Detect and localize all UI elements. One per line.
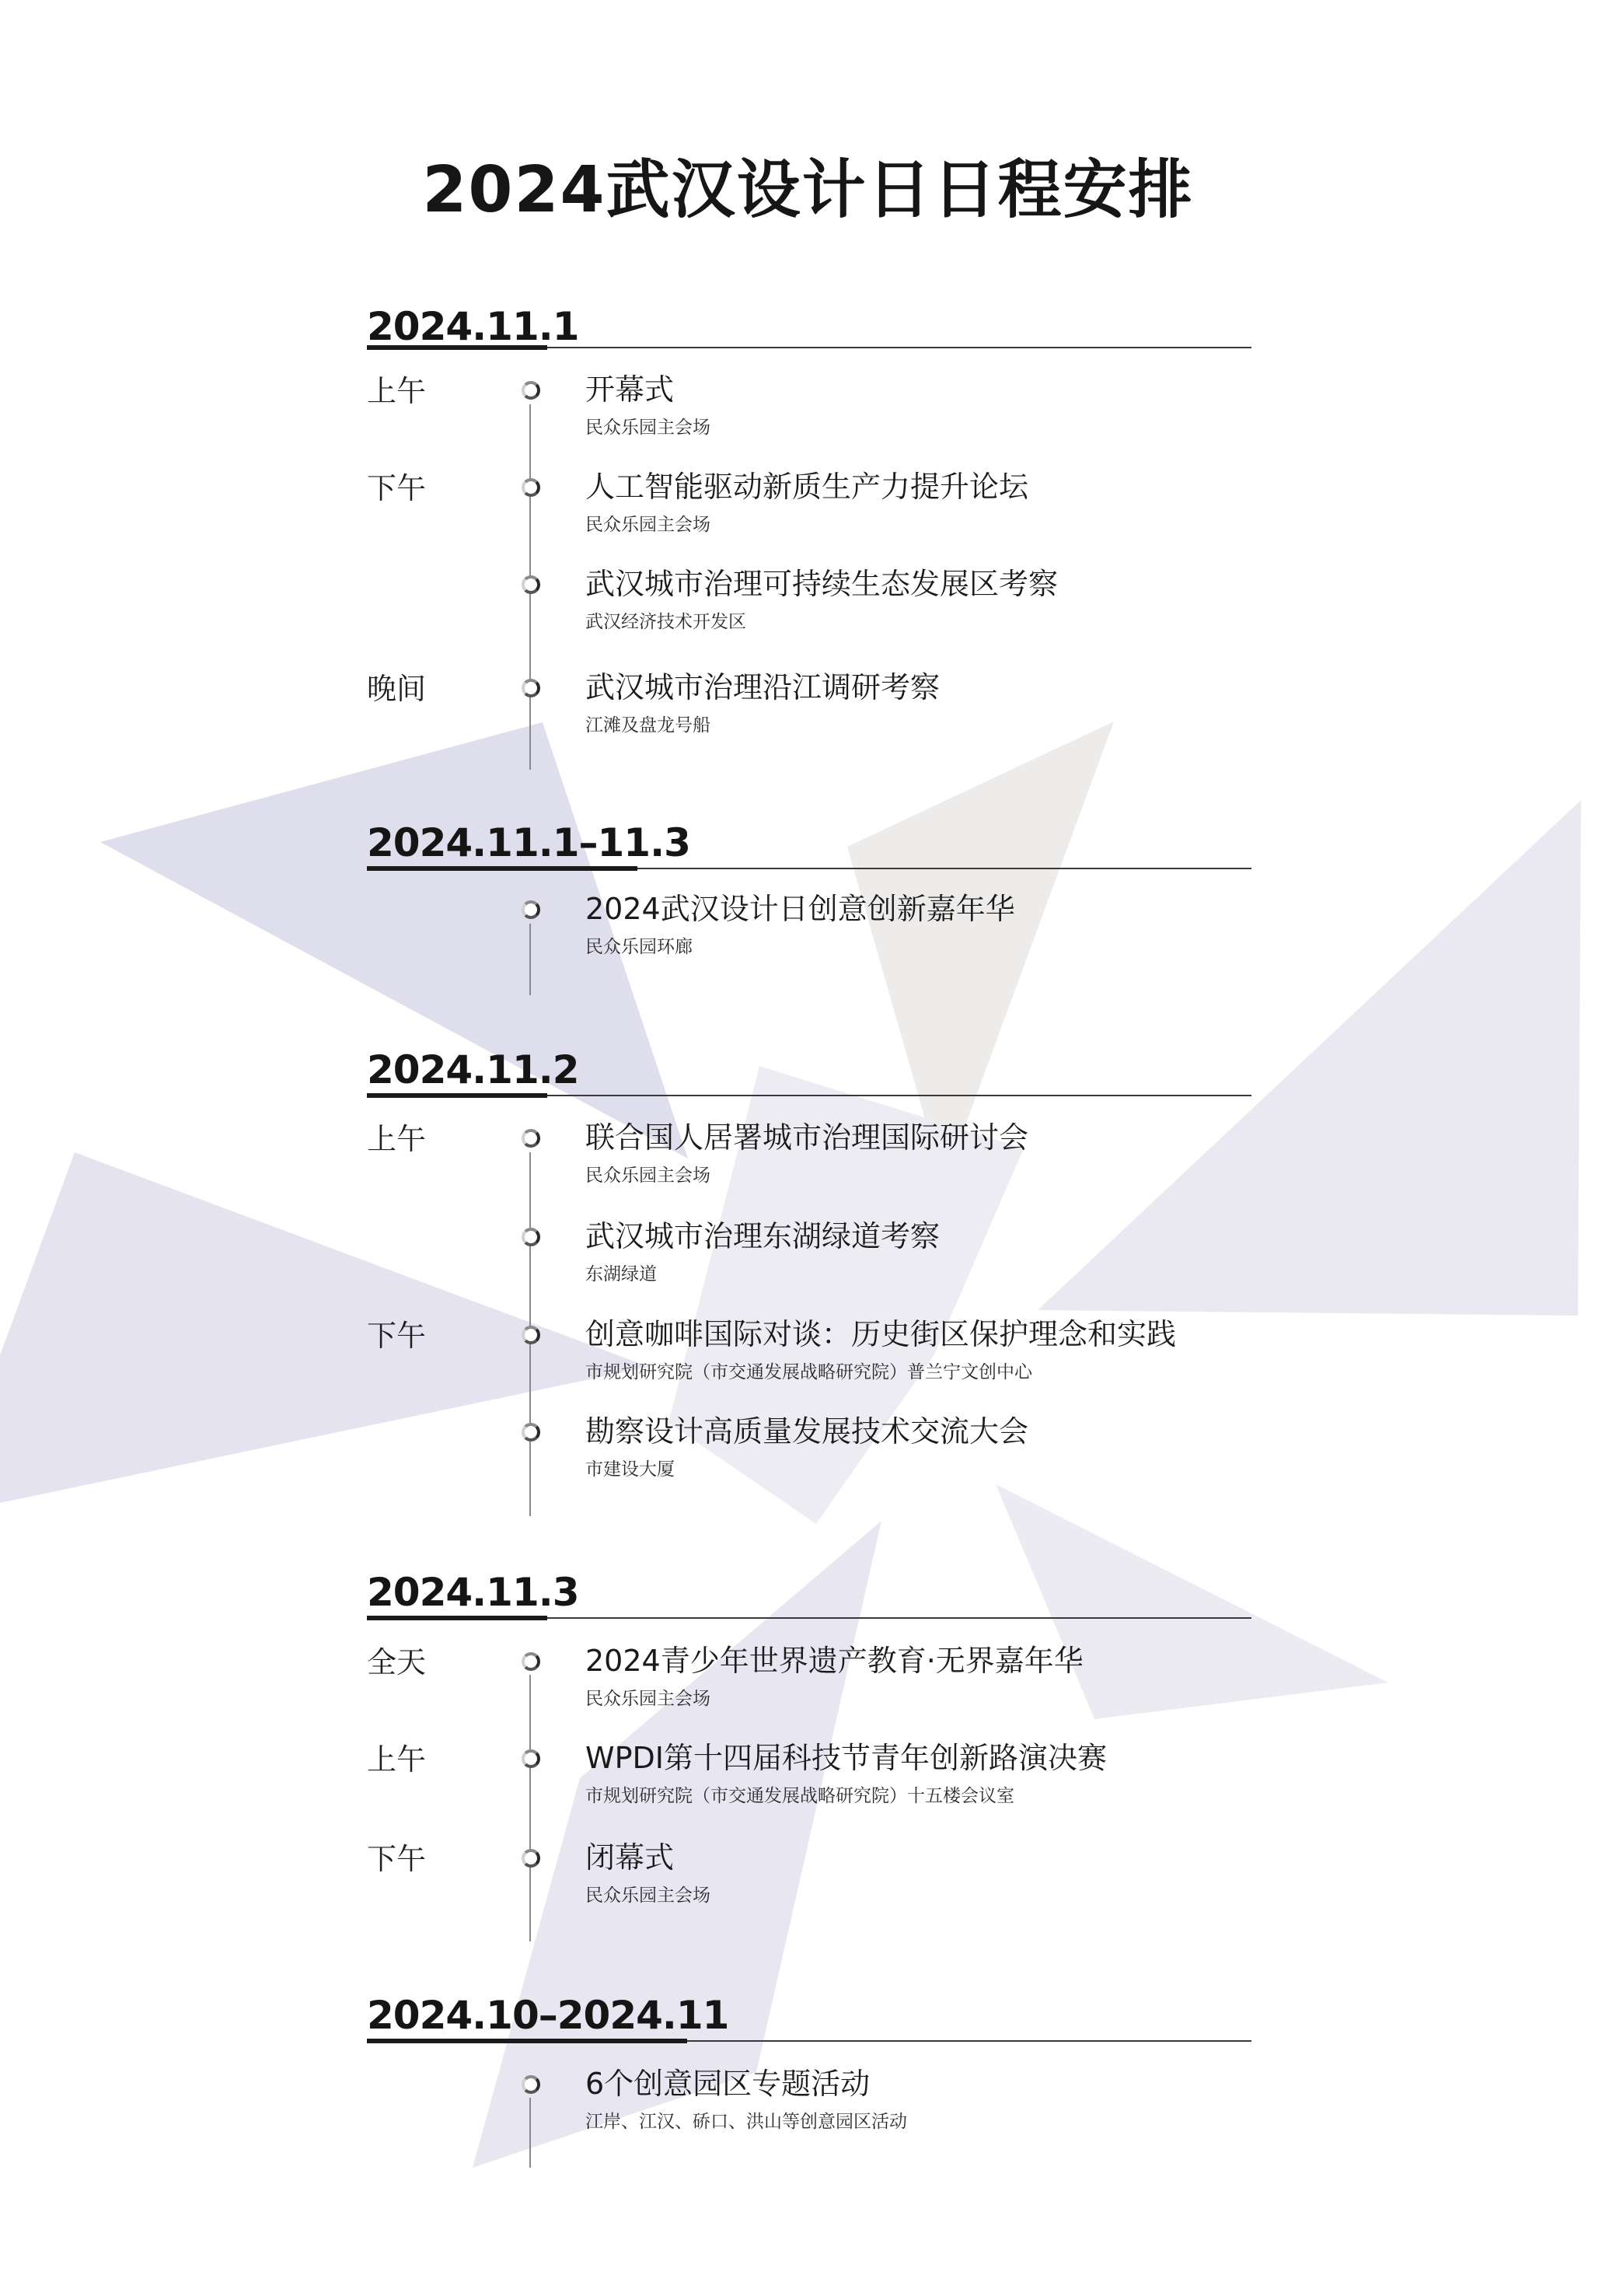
timeline-dot-icon <box>522 1652 540 1671</box>
section-rule-accent <box>367 2039 687 2043</box>
timeline-dot-icon <box>522 381 540 400</box>
section-2024-11-1: 2024.11.1 上午 开幕式 民众乐园主会场 下午 人工智能驱动新质生产力提… <box>367 295 1253 778</box>
section-2024-11-1-to-11-3: 2024.11.1–11.3 2024武汉设计日创意创新嘉年华 民众乐园环廊 <box>367 816 1253 1003</box>
list-item: 6个创意园区专题活动 江岸、江汉、硚口、洪山等创意园区活动 <box>367 2085 1253 2147</box>
event-title: 武汉城市治理东湖绿道考察 <box>585 1218 940 1254</box>
period-label: 下午 <box>367 470 426 506</box>
timeline-dot-icon <box>522 575 540 594</box>
list-item: 下午 创意咖啡国际对谈：历史街区保护理念和实践 市规划研究院（市交通发展战略研究… <box>367 1335 1253 1397</box>
event-venue: 武汉经济技术开发区 <box>585 611 746 633</box>
list-item: 勘察设计高质量发展技术交流大会 市建设大厦 <box>367 1432 1253 1494</box>
event-venue: 民众乐园主会场 <box>585 1885 710 1906</box>
section-rule-accent <box>367 345 547 350</box>
event-title: 武汉城市治理可持续生态发展区考察 <box>585 566 1058 602</box>
section-2024-11-3: 2024.11.3 全天 2024青少年世界遗产教育·无界嘉年华 民众乐园主会场… <box>367 1566 1253 1955</box>
event-venue: 民众乐园主会场 <box>585 514 710 536</box>
period-label: 晚间 <box>367 671 426 707</box>
event-title: 勘察设计高质量发展技术交流大会 <box>585 1414 1028 1449</box>
event-venue: 江滩及盘龙号船 <box>585 715 710 736</box>
timeline-dot-icon <box>522 1228 540 1246</box>
period-label: 上午 <box>367 1121 426 1157</box>
list-item: 武汉城市治理可持续生态发展区考察 武汉经济技术开发区 <box>367 585 1253 647</box>
event-venue: 市规划研究院（市交通发展战略研究院）十五楼会议室 <box>585 1785 1014 1807</box>
event-venue: 民众乐园主会场 <box>585 417 710 439</box>
timeline-dot-icon <box>522 1326 540 1344</box>
list-item: 上午 WPDI第十四届科技节青年创新路演决赛 市规划研究院（市交通发展战略研究院… <box>367 1759 1253 1821</box>
section-date: 2024.11.1–11.3 <box>367 821 690 865</box>
event-venue: 市建设大厦 <box>585 1459 675 1480</box>
list-item: 武汉城市治理东湖绿道考察 东湖绿道 <box>367 1237 1253 1299</box>
event-title: 闭幕式 <box>585 1840 674 1875</box>
list-item: 晚间 武汉城市治理沿江调研考察 江滩及盘龙号船 <box>367 688 1253 750</box>
timeline-dot-icon <box>522 478 540 497</box>
section-date: 2024.10–2024.11 <box>367 1994 728 2037</box>
section-2024-10-to-2024-11: 2024.10–2024.11 6个创意园区专题活动 江岸、江汉、硚口、洪山等创… <box>367 1989 1253 2175</box>
section-rule-accent <box>367 1093 547 1098</box>
event-title: 联合国人居署城市治理国际研讨会 <box>585 1120 1028 1155</box>
event-venue: 民众乐园环廊 <box>585 936 693 958</box>
list-item: 全天 2024青少年世界遗产教育·无界嘉年华 民众乐园主会场 <box>367 1662 1253 1724</box>
timeline-dot-icon <box>522 1129 540 1148</box>
event-title: 开幕式 <box>585 372 674 407</box>
list-item: 下午 人工智能驱动新质生产力提升论坛 民众乐园主会场 <box>367 488 1253 550</box>
event-title: 人工智能驱动新质生产力提升论坛 <box>585 469 1028 505</box>
event-venue: 民众乐园主会场 <box>585 1165 710 1186</box>
section-date: 2024.11.2 <box>367 1048 579 1092</box>
list-item: 2024武汉设计日创意创新嘉年华 民众乐园环廊 <box>367 910 1253 972</box>
section-2024-11-2: 2024.11.2 上午 联合国人居署城市治理国际研讨会 民众乐园主会场 武汉城… <box>367 1043 1253 1525</box>
event-venue: 江岸、江汉、硚口、洪山等创意园区活动 <box>585 2111 907 2133</box>
event-title: WPDI第十四届科技节青年创新路演决赛 <box>585 1740 1107 1776</box>
list-item: 上午 开幕式 民众乐园主会场 <box>367 390 1253 453</box>
period-label: 上午 <box>367 373 426 409</box>
section-date: 2024.11.1 <box>367 305 579 348</box>
list-item: 上午 联合国人居署城市治理国际研讨会 民众乐园主会场 <box>367 1138 1253 1200</box>
event-title: 创意咖啡国际对谈：历史街区保护理念和实践 <box>585 1316 1176 1352</box>
event-title: 6个创意园区专题活动 <box>585 2066 870 2102</box>
timeline-dot-icon <box>522 1749 540 1768</box>
timeline-dot-icon <box>522 900 540 919</box>
timeline-dot-icon <box>522 1849 540 1868</box>
period-label: 下午 <box>367 1841 426 1877</box>
event-title: 武汉城市治理沿江调研考察 <box>585 669 940 705</box>
page-title: 2024武汉设计日日程安排 <box>0 152 1616 229</box>
event-venue: 民众乐园主会场 <box>585 1688 710 1710</box>
period-label: 下午 <box>367 1318 426 1354</box>
period-label: 全天 <box>367 1644 426 1680</box>
timeline-dot-icon <box>522 2075 540 2094</box>
section-rule-accent <box>367 1616 547 1620</box>
timeline-dot-icon <box>522 1423 540 1442</box>
list-item: 下午 闭幕式 民众乐园主会场 <box>367 1858 1253 1920</box>
event-venue: 市规划研究院（市交通发展战略研究院）普兰宁文创中心 <box>585 1361 1032 1383</box>
section-date: 2024.11.3 <box>367 1571 579 1614</box>
section-rule-accent <box>367 866 637 871</box>
timeline-dot-icon <box>522 679 540 697</box>
event-venue: 东湖绿道 <box>585 1263 657 1285</box>
period-label: 上午 <box>367 1742 426 1777</box>
event-title: 2024武汉设计日创意创新嘉年华 <box>585 891 1015 927</box>
event-title: 2024青少年世界遗产教育·无界嘉年华 <box>585 1643 1084 1679</box>
